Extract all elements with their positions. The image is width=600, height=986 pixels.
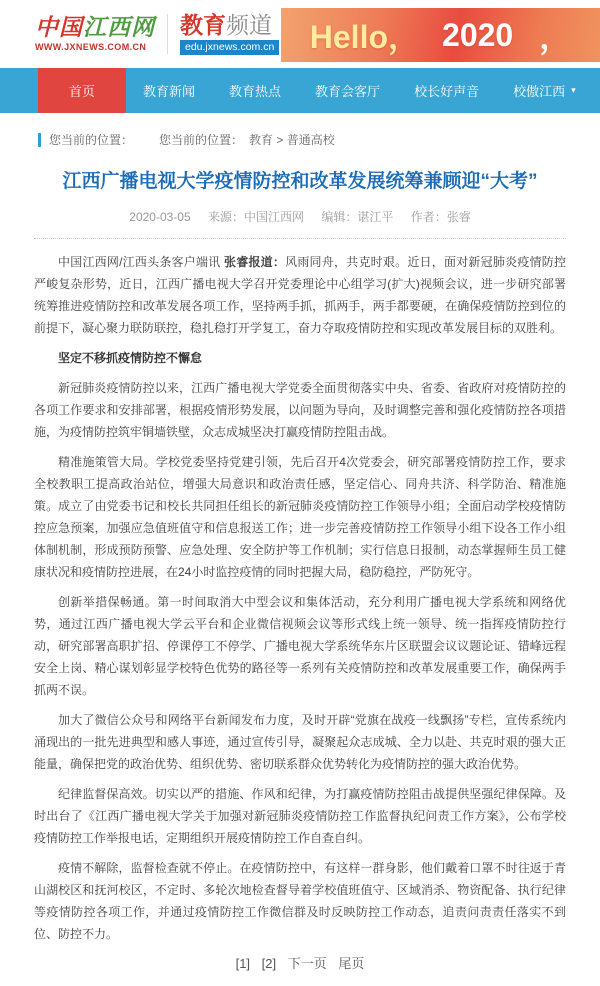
channel-title: 教育频道 [180, 13, 272, 37]
article-author: 作者：张睿 [411, 210, 471, 224]
pagination: [1] [2] 下一页 尾页 [34, 953, 566, 972]
nav-item-admissions-partial[interactable]: 招 [593, 68, 600, 113]
article: 江西广播电视大学疫情防控和改革发展统筹兼顾迎“大考” 2020-03-05 来源… [34, 170, 566, 972]
nav-item-label: 校长好声音 [414, 81, 479, 100]
nav-item-principal-voice[interactable]: 校长好声音 [397, 68, 496, 113]
breadcrumb: 您当前的位置： 您当前的位置： 教育 > 普通高校 [38, 131, 600, 148]
nav-item-edu-news[interactable]: 教育新闻 [126, 68, 212, 113]
nav-item-home[interactable]: 首页 [38, 68, 126, 113]
article-date: 2020-03-05 [129, 210, 190, 224]
chevron-down-icon: ▾ [571, 85, 576, 96]
nav-item-label: 校傲江西 [513, 81, 565, 100]
banner-comma: ， [539, 12, 571, 58]
page-title: 江西广播电视大学疫情防控和改革发展统筹兼顾迎“大考” [34, 170, 566, 195]
site-logo-text: 中国江西网 [35, 15, 155, 40]
channel-logo[interactable]: 教育频道 edu.jxnews.com.cn [180, 13, 279, 54]
site-header: 中国江西网 WWW.JXNEWS.COM.CN 教育频道 edu.jxnews.… [0, 0, 600, 68]
nav-item-label: 教育会客厅 [315, 81, 380, 100]
header-divider [167, 14, 168, 54]
breadcrumb-path[interactable]: 教育 > 普通高校 [249, 131, 335, 148]
article-source: 来源：中国江西网 [208, 210, 304, 224]
nav-item-label: 首页 [69, 81, 95, 100]
hello-2020-banner[interactable]: Hello， 2020 ， [281, 8, 600, 62]
channel-title-red: 教育 [180, 12, 226, 38]
main-nav: 首页 教育新闻 教育热点 教育会客厅 校长好声音 校傲江西▾ 招 [0, 68, 600, 113]
banner-hello-text: Hello， [310, 12, 420, 58]
lead-prefix: 中国江西网/江西头条客户端讯 [58, 255, 224, 269]
next-page-link[interactable]: 下一页 [288, 956, 327, 971]
nav-item-edu-hot[interactable]: 教育热点 [212, 68, 298, 113]
paragraph: 创新举措保畅通。第一时间取消大中型会议和集体活动，充分利用广播电视大学系统和网络… [34, 591, 566, 701]
paragraph: 精准施策管大局。学校党委坚持党建引领，先后召开4次党委会，研究部署疫情防控工作，… [34, 451, 566, 583]
breadcrumb-label: 您当前的位置： [49, 131, 133, 148]
paragraph: 纪律监督保高效。切实以严的措施、作风和纪律，为打赢疫情防控阻击战提供坚强纪律保障… [34, 783, 566, 849]
page-current: [1] [236, 956, 250, 971]
channel-url: edu.jxnews.com.cn [180, 40, 279, 55]
paragraph: 新冠肺炎疫情防控以来，江西广播电视大学党委全面贯彻落实中央、省委、省政府对疫情防… [34, 377, 566, 443]
site-url: WWW.JXNEWS.COM.CN [35, 43, 155, 53]
article-editor: 编辑：谌江平 [321, 210, 393, 224]
logo-text-green: 江西网 [83, 14, 155, 41]
section-subheading: 坚定不移抓疫情防控不懈怠 [34, 347, 566, 369]
site-logo[interactable]: 中国江西网 WWW.JXNEWS.COM.CN [35, 15, 155, 53]
dotted-divider [34, 238, 566, 239]
nav-item-label: 教育热点 [229, 81, 281, 100]
breadcrumb-label-repeat: 您当前的位置： [159, 131, 243, 148]
paragraph: 加大了微信公众号和网络平台新闻发布力度，及时开辟“党旗在战疫一线飘扬”专栏，宣传… [34, 709, 566, 775]
banner-year-text: 2020 [442, 17, 513, 54]
article-body: 中国江西网/江西头条客户端讯 张睿报道：风雨同舟，共克时艰。近日，面对新冠肺炎疫… [34, 251, 566, 945]
paragraph: 疫情不解除，监督检查就不停止。在疫情防控中，有这样一群身影，他们戴着口罩不时往返… [34, 857, 566, 945]
logo-text-red: 中国 [35, 14, 83, 41]
channel-title-gray: 频道 [226, 12, 272, 38]
page-2-link[interactable]: [2] [262, 956, 276, 971]
nav-item-edu-lounge[interactable]: 教育会客厅 [298, 68, 397, 113]
breadcrumb-accent-bar [38, 133, 41, 147]
last-page-link[interactable]: 尾页 [338, 956, 364, 971]
paragraph-lead: 中国江西网/江西头条客户端讯 张睿报道：风雨同舟，共克时艰。近日，面对新冠肺炎疫… [34, 251, 566, 339]
article-meta: 2020-03-05 来源：中国江西网 编辑：谌江平 作者：张睿 [34, 208, 566, 225]
lead-reporter: 张睿报道： [224, 255, 285, 269]
nav-item-school-pride[interactable]: 校傲江西▾ [496, 68, 593, 113]
nav-item-label: 教育新闻 [143, 81, 195, 100]
